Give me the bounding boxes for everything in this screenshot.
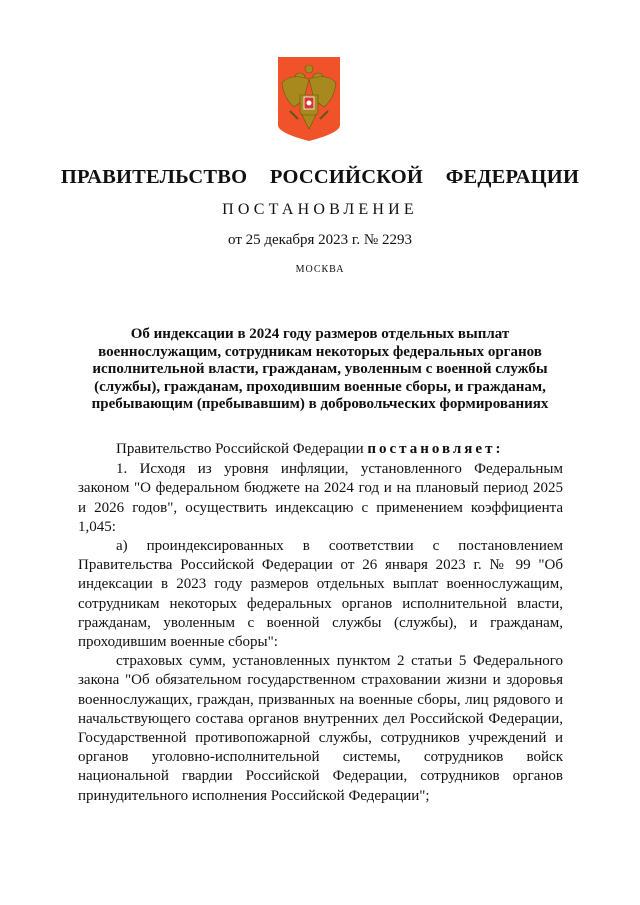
preamble-verb: постановляет: <box>367 441 503 457</box>
preamble-text: Правительство Российской Федерации <box>116 441 367 457</box>
preamble: Правительство Российской Федерации поста… <box>78 440 563 459</box>
document-city: МОСКВА <box>0 264 640 275</box>
document-heading: Об индексации в 2024 году размеров отдел… <box>80 326 560 414</box>
coat-of-arms-icon <box>276 55 342 143</box>
paragraph-1: 1. Исходя из уровня инфляции, установлен… <box>78 460 563 537</box>
government-title: ПРАВИТЕЛЬСТВО РОССИЙСКОЙ ФЕДЕРАЦИИ <box>0 166 640 189</box>
paragraph-insurance-sums: страховых сумм, установленных пунктом 2 … <box>78 652 563 806</box>
subparagraph-a: а) проиндексированных в соответствии с п… <box>78 537 563 652</box>
document-date-number: от 25 декабря 2023 г. № 2293 <box>0 232 640 249</box>
document-type: ПОСТАНОВЛЕНИЕ <box>0 201 640 219</box>
document-body: Правительство Российской Федерации поста… <box>78 440 563 806</box>
